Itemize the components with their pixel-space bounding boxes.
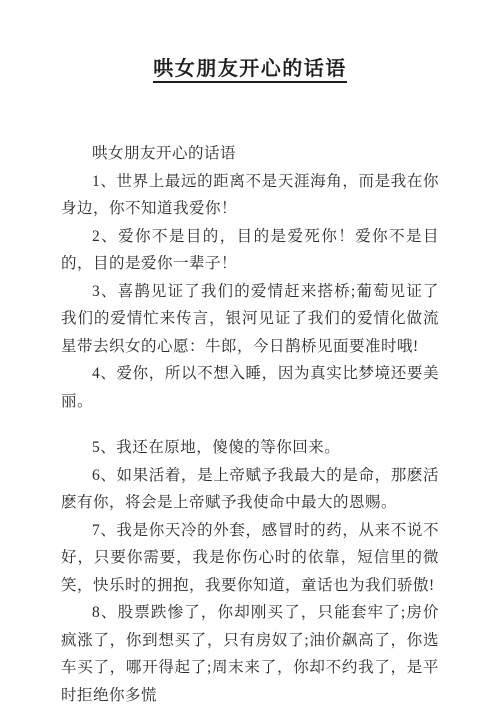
document-title-text: 哄女朋友开心的话语 (153, 58, 347, 83)
list-item-5: 5、我还在原地，傻傻的等你回来。 (61, 434, 439, 462)
list-item-3: 3、喜鹊见证了我们的爱情赶来搭桥;葡萄见证了我们的爱情忙来传言，银河见证了我们的… (61, 278, 439, 361)
document-page: 哄女朋友开心的话语 哄女朋友开心的话语 1、世界上最远的距离不是天涯海角，而是我… (0, 0, 500, 708)
list-item-7: 7、我是你天冷的外套，感冒时的药，从来不说不好，只要你需要，我是你伤心时的依靠，… (61, 517, 439, 600)
list-item-4: 4、爱你，所以不想入睡，因为真实比梦境还要美丽。 (61, 360, 439, 415)
body-intro-line: 哄女朋友开心的话语 (61, 140, 439, 168)
list-item-2: 2、爱你不是目的，目的是爱死你！爱你不是目的，目的是爱你一辈子！ (61, 223, 439, 278)
document-body: 哄女朋友开心的话语 1、世界上最远的距离不是天涯海角，而是我在你身边，你不知道我… (0, 140, 500, 708)
list-item-1: 1、世界上最远的距离不是天涯海角，而是我在你身边，你不知道我爱你！ (61, 168, 439, 223)
list-item-6: 6、如果活着，是上帝赋予我最大的是命，那麽活麽有你，将会是上帝赋予我使命中最大的… (61, 462, 439, 517)
document-title: 哄女朋友开心的话语 (0, 0, 500, 84)
list-item-8: 8、股票跌惨了，你却刚买了，只能套牢了;房价疯涨了，你到想买了，只有房奴了;油价… (61, 599, 439, 708)
